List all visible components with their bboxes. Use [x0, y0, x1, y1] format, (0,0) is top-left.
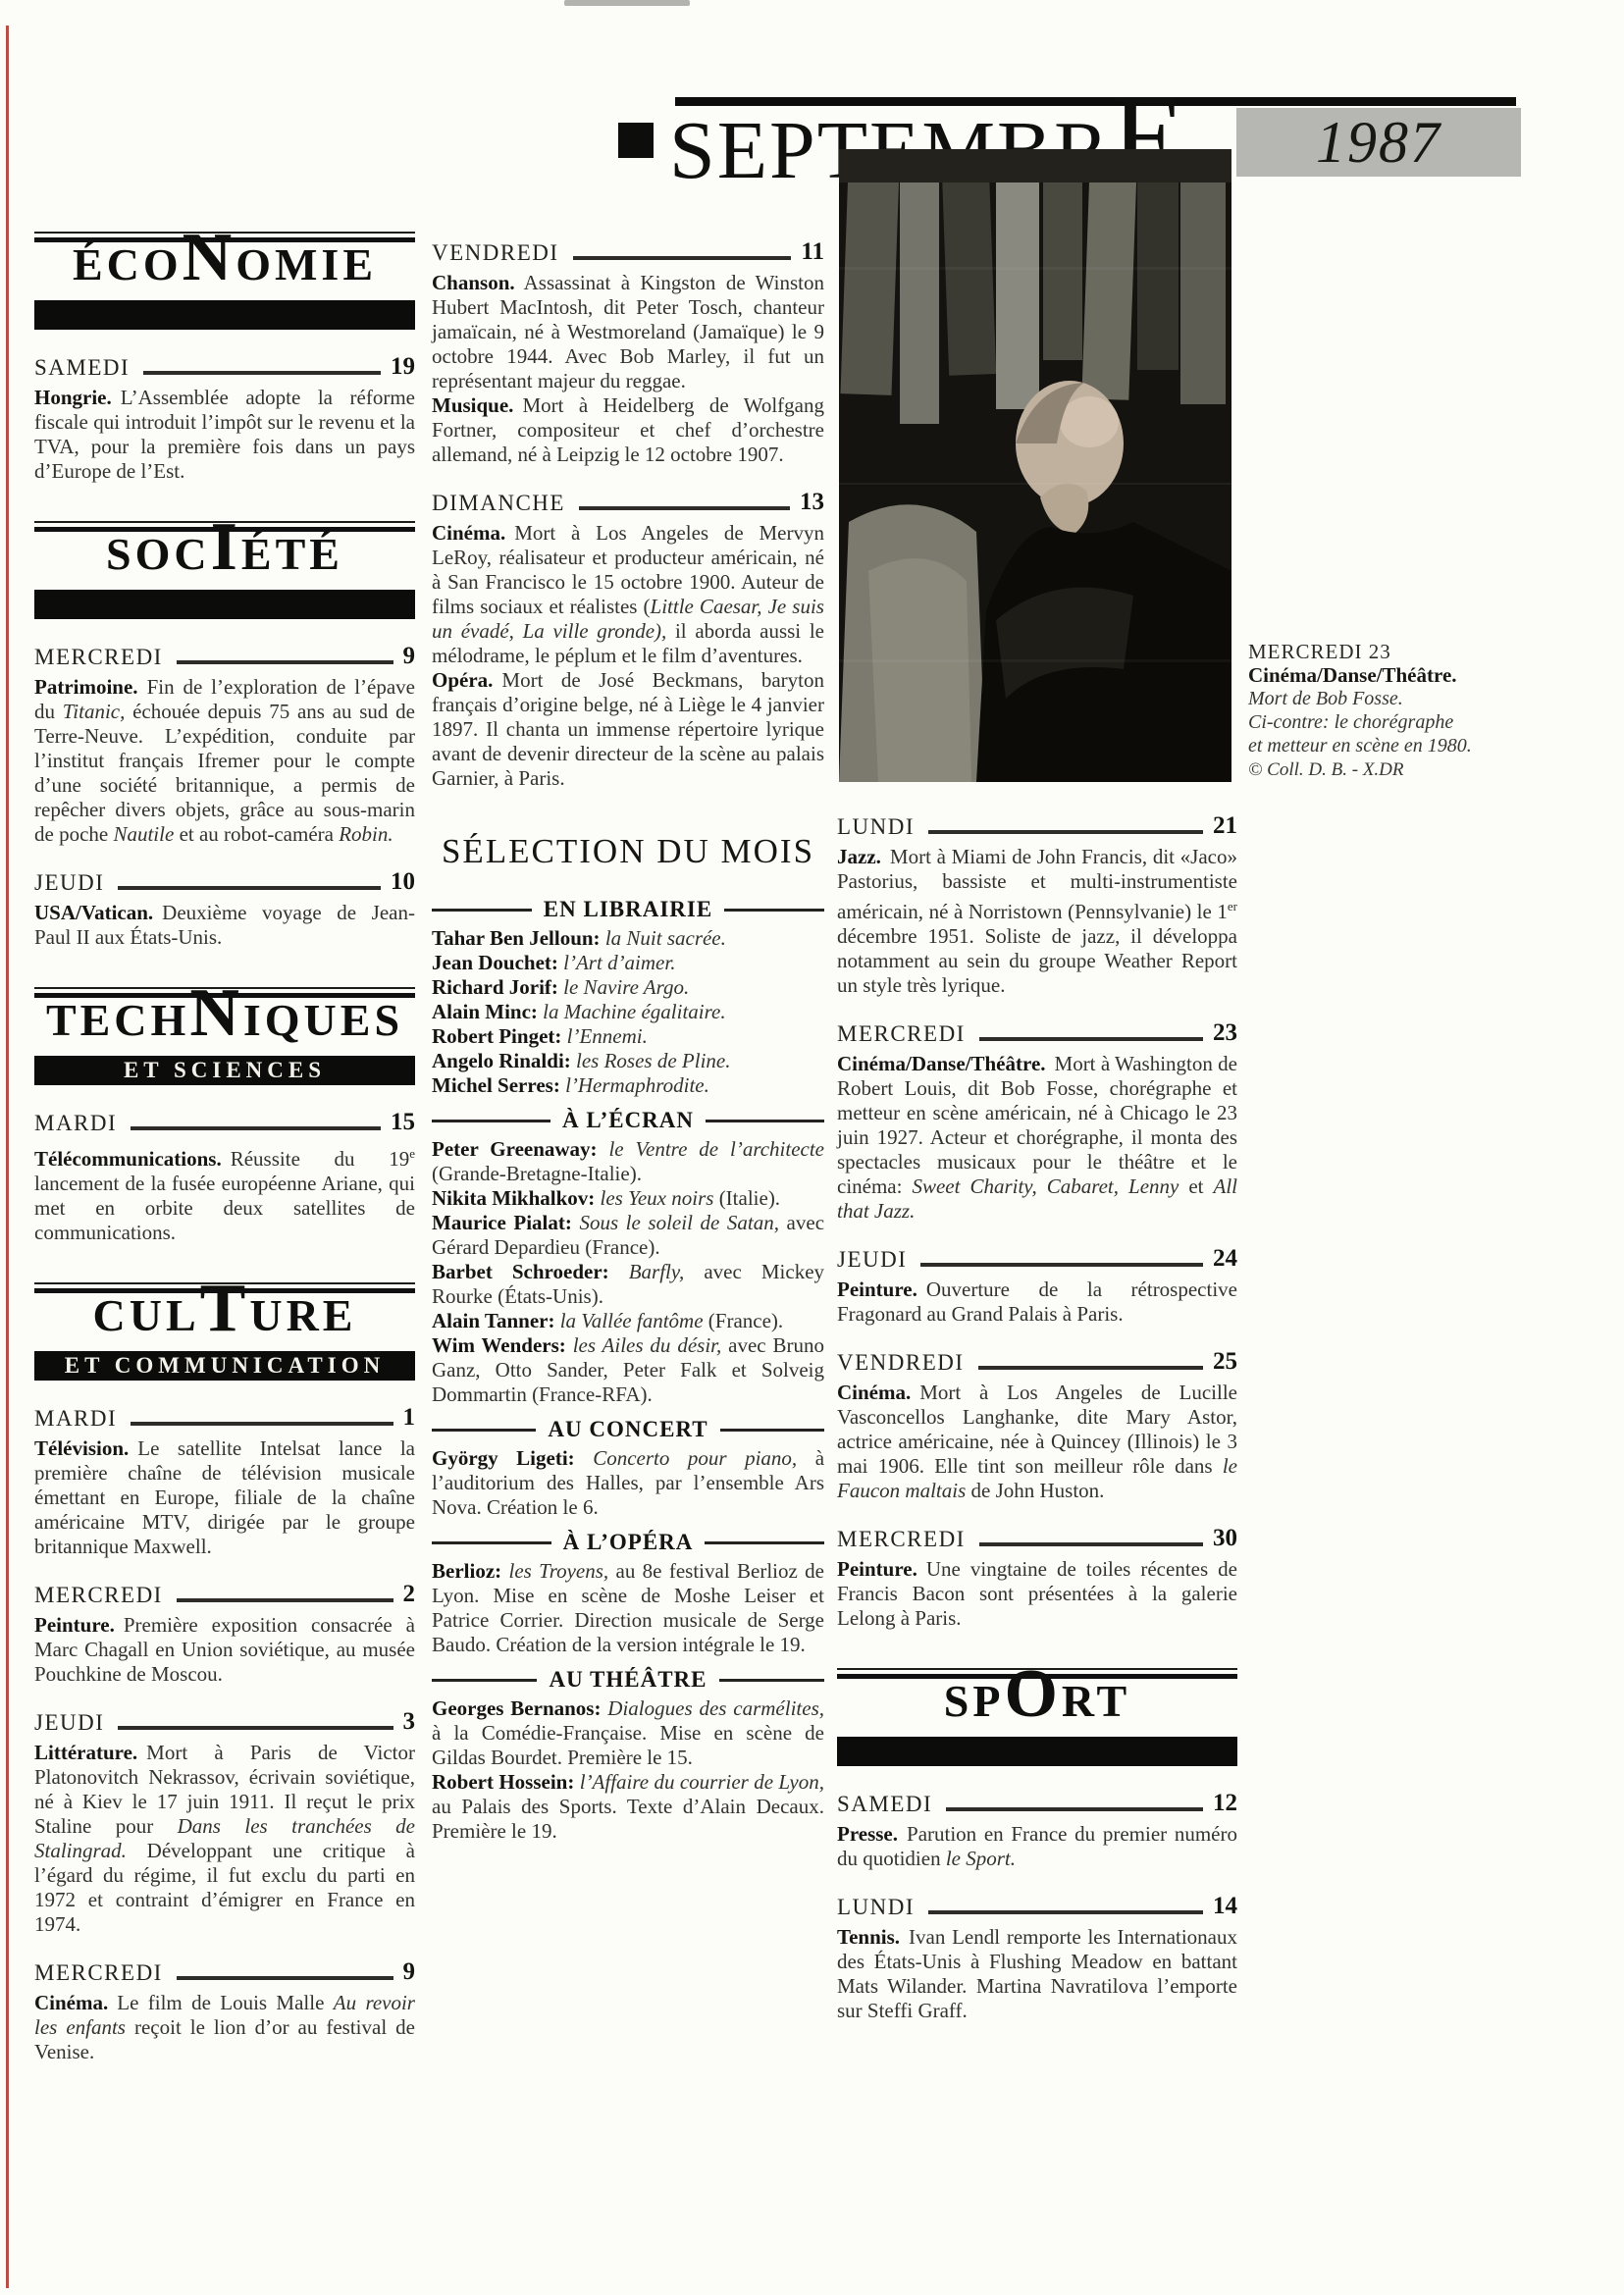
page-edge-fragment — [564, 0, 690, 6]
entry-day-line: MARDI1 — [34, 1404, 415, 1432]
day-number: 13 — [800, 489, 824, 516]
item-author: Michel Serres: — [432, 1073, 560, 1097]
heading-label: AU CONCERT — [548, 1417, 707, 1442]
item-title: les Roses de Pline. — [576, 1049, 730, 1072]
heading-rule-right — [724, 909, 824, 912]
entry-day-line: MERCREDI2 — [34, 1581, 415, 1608]
section-title: ÉCONOMIE — [34, 224, 415, 296]
entry-dimanche-13: DIMANCHE13Cinéma.Mort à Los Angeles de M… — [432, 489, 824, 791]
entry-vendredi-11: VENDREDI11Chanson.Assassinat à Kingston … — [432, 238, 824, 467]
entry-mercredi-23: MERCREDI23Cinéma/Danse/Théâtre.Mort à Wa… — [837, 1019, 1237, 1224]
day-label: MERCREDI — [34, 1960, 163, 1986]
item-author: Alain Tanner: — [432, 1309, 554, 1332]
day-number: 3 — [403, 1708, 416, 1736]
item-author: Robert Pinget: — [432, 1024, 561, 1048]
item-author: Peter Greenaway: — [432, 1137, 598, 1161]
day-label: JEUDI — [837, 1247, 907, 1273]
day-rule — [928, 830, 1203, 834]
section-title: CULTURE — [34, 1275, 415, 1347]
topic-lead: Cinéma. — [432, 521, 505, 545]
selection-item: Barbet Schroeder: Barfly, avec Mickey Ro… — [432, 1260, 824, 1309]
title-pre: SP — [944, 1676, 1005, 1726]
entry-day-line: MERCREDI23 — [837, 1019, 1237, 1047]
topic-lead: Peinture. — [34, 1613, 115, 1637]
day-label: LUNDI — [837, 814, 915, 840]
entry-paragraph: Cinéma.Mort à Los Angeles de Mervyn LeRo… — [432, 521, 824, 668]
section-title: SOCIÉTÉ — [34, 513, 415, 586]
selection-group-heading: À L’OPÉRA — [432, 1530, 824, 1555]
text-segment: Robin. — [339, 822, 393, 846]
item-author: György Ligeti: — [432, 1446, 575, 1470]
title-big-letter: N — [183, 220, 236, 295]
item-title: Barfly, — [629, 1260, 685, 1283]
day-label: DIMANCHE — [432, 491, 565, 516]
day-label: MERCREDI — [837, 1527, 966, 1552]
section-black-bar: ET COMMUNICATION — [34, 1351, 415, 1381]
heading-label: AU THÉÂTRE — [549, 1667, 707, 1693]
entry-mercredi-2: MERCREDI2Peinture.Première exposition co… — [34, 1581, 415, 1687]
selection-item: Berlioz: les Troyens, au 8e festival Ber… — [432, 1559, 824, 1657]
caption-topic: Cinéma/Danse/Théâtre. — [1248, 663, 1495, 687]
title-big-letter: O — [1004, 1656, 1061, 1732]
day-label: VENDREDI — [837, 1350, 965, 1376]
title-pre: SOC — [106, 529, 211, 579]
heading-rule-right — [706, 1120, 824, 1122]
entry-day-line: MERCREDI30 — [837, 1525, 1237, 1552]
text-segment: Mort à Miami de John Francis, dit «Jaco»… — [837, 845, 1237, 923]
topic-lead: Chanson. — [432, 271, 515, 294]
entry-paragraph: Peinture.Une vingtaine de toiles récente… — [837, 1557, 1237, 1631]
day-rule — [131, 1126, 381, 1130]
day-number: 11 — [801, 238, 824, 266]
day-label: MERCREDI — [837, 1021, 966, 1047]
heading-rule-left — [432, 1679, 537, 1682]
caption-line: et metteur en scène en 1980. — [1248, 734, 1495, 757]
item-title: le Navire Argo. — [563, 975, 689, 999]
day-label: LUNDI — [837, 1895, 915, 1920]
entry-paragraph: Chanson.Assassinat à Kingston de Winston… — [432, 271, 824, 393]
day-label: MARDI — [34, 1111, 117, 1136]
title-big-letter: N — [189, 975, 243, 1051]
photo-illustration — [839, 149, 1231, 782]
text-segment: et au robot-caméra — [174, 822, 339, 846]
selection-group-heading: EN LIBRAIRIE — [432, 897, 824, 922]
selection-group-a-l-ecran: À L’ÉCRANPeter Greenaway: le Ventre de l… — [432, 1108, 824, 1407]
entry-day-line: MERCREDI9 — [34, 643, 415, 670]
day-rule — [920, 1263, 1203, 1267]
item-detail: au Palais des Sports. Texte d’Alain Deca… — [432, 1795, 824, 1843]
day-rule — [573, 256, 792, 260]
selection-item: Jean Douchet: l’Art d’aimer. — [432, 951, 824, 975]
topic-lead: Télécommunications. — [34, 1147, 222, 1171]
entry-paragraph: Cinéma/Danse/Théâtre.Mort à Washington d… — [837, 1052, 1237, 1224]
topic-lead: Peinture. — [837, 1278, 917, 1301]
entry-samedi-12: SAMEDI12Presse.Parution en France du pre… — [837, 1790, 1237, 1871]
section-header-ecoomie: ÉCONOMIE — [34, 224, 415, 330]
entry-day-line: JEUDI3 — [34, 1708, 415, 1736]
entry-lundi-14: LUNDI14Tennis.Ivan Lendl remporte les In… — [837, 1893, 1237, 2023]
topic-lead: Hongrie. — [34, 386, 112, 409]
text-segment: Titanic, — [63, 700, 126, 723]
heading-label: À L’OPÉRA — [563, 1530, 694, 1555]
text-segment: lancement de la fusée européenne Ariane,… — [34, 1172, 415, 1244]
day-rule — [979, 1037, 1203, 1041]
scan-edge-red-line — [6, 26, 9, 2288]
day-label: MARDI — [34, 1406, 117, 1432]
topic-lead: Patrimoine. — [34, 675, 138, 699]
day-number: 1 — [403, 1404, 416, 1432]
entry-paragraph: Cinéma.Le film de Louis Malle Au revoir … — [34, 1991, 415, 2064]
item-author: Richard Jorif: — [432, 975, 558, 999]
item-author: Jean Douchet: — [432, 951, 558, 974]
text-segment: de John Huston. — [966, 1479, 1104, 1502]
entry-mercredi-30: MERCREDI30Peinture.Une vingtaine de toil… — [837, 1525, 1237, 1631]
day-number: 19 — [391, 353, 415, 381]
day-number: 10 — [391, 868, 415, 896]
topic-lead: Littérature. — [34, 1741, 137, 1764]
caption-date: MERCREDI 23 — [1248, 640, 1495, 663]
selection-item: Alain Minc: la Machine égalitaire. — [432, 1000, 824, 1024]
text-segment: Le film de Louis Malle — [117, 1991, 334, 2014]
entry-day-line: JEUDI24 — [837, 1245, 1237, 1273]
item-title: Concerto pour piano, — [593, 1446, 797, 1470]
entry-mardi-1: MARDI1Télévision.Le satellite Intelsat l… — [34, 1404, 415, 1559]
heading-rule-left — [432, 1120, 550, 1122]
entry-paragraph: Littérature.Mort à Paris de Victor Plato… — [34, 1741, 415, 1937]
section-title: SPORT — [837, 1660, 1237, 1733]
entry-paragraph: Opéra.Mort de José Beckmans, baryton fra… — [432, 668, 824, 791]
selection-title: SÉLECTION DU MOIS — [432, 832, 824, 871]
day-number: 12 — [1213, 1790, 1237, 1817]
topic-lead: Cinéma/Danse/Théâtre. — [837, 1052, 1046, 1075]
entry-day-line: MERCREDI9 — [34, 1958, 415, 1986]
day-rule — [177, 1598, 393, 1602]
heading-rule-right — [719, 1679, 824, 1682]
day-rule — [946, 1807, 1203, 1811]
entry-paragraph: Peinture.Ouverture de la rétrospective F… — [837, 1278, 1237, 1327]
topic-lead: Peinture. — [837, 1557, 917, 1581]
bob-fosse-photo — [839, 149, 1231, 782]
entry-day-line: JEUDI10 — [34, 868, 415, 896]
text-segment: Sweet Charity, Cabaret, Lenny — [912, 1174, 1179, 1198]
topic-lead: Jazz. — [837, 845, 881, 868]
day-rule — [177, 660, 393, 664]
section-black-bar — [34, 590, 415, 619]
day-label: SAMEDI — [837, 1792, 932, 1817]
left-column: ÉCONOMIESAMEDI19Hongrie.L’Assemblée adop… — [34, 224, 415, 2086]
section-black-bar: ET SCIENCES — [34, 1056, 415, 1085]
item-title: l’Art d’aimer. — [563, 951, 675, 974]
day-label: JEUDI — [34, 870, 104, 896]
entry-day-line: SAMEDI19 — [34, 353, 415, 381]
heading-label: À L’ÉCRAN — [562, 1108, 694, 1133]
item-detail: (Grande-Bretagne-Italie). — [432, 1162, 642, 1185]
right-column: LUNDI21Jazz.Mort à Miami de John Francis… — [837, 812, 1237, 2045]
day-number: 9 — [403, 643, 416, 670]
selection-item: Nikita Mikhalkov: les Yeux noirs (Italie… — [432, 1186, 824, 1211]
entry-paragraph: Télévision.Le satellite Intelsat lance l… — [34, 1436, 415, 1559]
selection-item: Tahar Ben Jelloun: la Nuit sacrée. — [432, 926, 824, 951]
selection-item: Alain Tanner: la Vallée fantôme (France)… — [432, 1309, 824, 1333]
caption-line: Mort de Bob Fosse. — [1248, 687, 1495, 710]
title-pre: TECH — [46, 995, 189, 1045]
text-segment: et — [1179, 1174, 1213, 1198]
entry-day-line: SAMEDI12 — [837, 1790, 1237, 1817]
day-rule — [118, 886, 381, 890]
selection-group-heading: AU CONCERT — [432, 1417, 824, 1442]
item-title: Dialogues des carmélites, — [607, 1696, 824, 1720]
selection-item: Angelo Rinaldi: les Roses de Pline. — [432, 1049, 824, 1073]
day-number: 30 — [1213, 1525, 1237, 1552]
heading-rule-left — [432, 909, 532, 912]
topic-lead: Musique. — [432, 393, 513, 417]
masthead-year: 1987 — [1316, 109, 1441, 177]
item-title: la Machine égalitaire. — [543, 1000, 725, 1023]
item-author: Georges Bernanos: — [432, 1696, 601, 1720]
item-author: Berlioz: — [432, 1559, 501, 1583]
entry-samedi-19: SAMEDI19Hongrie.L’Assemblée adopte la ré… — [34, 353, 415, 484]
item-title: l’Hermaphrodite. — [565, 1073, 709, 1097]
day-number: 15 — [391, 1109, 415, 1136]
entry-paragraph: Cinéma.Mort à Los Angeles de Lucille Vas… — [837, 1381, 1237, 1503]
title-post: IQUES — [243, 995, 403, 1045]
selection-group-heading: À L’ÉCRAN — [432, 1108, 824, 1133]
text-segment: décembre 1951. Soliste de jazz, il dével… — [837, 924, 1237, 997]
item-detail: à la Comédie-Française. Mise en scène de… — [432, 1721, 824, 1769]
heading-rule-right — [720, 1429, 824, 1432]
section-black-bar — [837, 1737, 1237, 1766]
entry-mercredi-9: MERCREDI9Patrimoine.Fin de l’exploration… — [34, 643, 415, 847]
topic-lead: USA/Vatican. — [34, 901, 153, 924]
masthead-year-box: 1987 — [1236, 108, 1521, 177]
entry-day-line: LUNDI21 — [837, 812, 1237, 840]
day-rule — [579, 506, 790, 510]
photo-caption: MERCREDI 23 Cinéma/Danse/Théâtre. Mort d… — [1248, 640, 1495, 782]
selection-item: Robert Pinget: l’Ennemi. — [432, 1024, 824, 1049]
item-author: Wim Wenders: — [432, 1333, 566, 1357]
section-header-sprt: SPORT — [837, 1660, 1237, 1766]
selection-item: Michel Serres: l’Hermaphrodite. — [432, 1073, 824, 1098]
day-rule — [928, 1910, 1203, 1914]
entry-paragraph: Peinture.Première exposition consacrée à… — [34, 1613, 415, 1687]
selection-group-au-concert: AU CONCERTGyörgy Ligeti: Concerto pour p… — [432, 1417, 824, 1520]
text-segment: er — [1228, 899, 1237, 913]
entry-paragraph: Presse.Parution en France du premier num… — [837, 1822, 1237, 1871]
entry-mardi-15: MARDI15Télécommunications.Réussite du 19… — [34, 1109, 415, 1245]
entry-paragraph: Télécommunications.Réussite du 19e lance… — [34, 1141, 415, 1245]
entry-paragraph: Tennis.Ivan Lendl remporte les Internati… — [837, 1925, 1237, 2023]
selection-item: Maurice Pialat: Sous le soleil de Satan,… — [432, 1211, 824, 1260]
text-segment: Nautile — [113, 822, 174, 846]
day-label: VENDREDI — [432, 240, 559, 266]
item-title: les Yeux noirs — [601, 1186, 714, 1210]
section-header-culure: CULTUREET COMMUNICATION — [34, 1275, 415, 1381]
selection-group-heading: AU THÉÂTRE — [432, 1667, 824, 1693]
day-label: SAMEDI — [34, 355, 130, 381]
item-author: Alain Minc: — [432, 1000, 538, 1023]
heading-rule-right — [705, 1541, 824, 1544]
item-title: la Vallée fantôme — [560, 1309, 704, 1332]
topic-lead: Opéra. — [432, 668, 493, 692]
black-square-icon — [618, 123, 654, 158]
item-detail: (France). — [708, 1309, 783, 1332]
day-rule — [118, 1726, 393, 1730]
entry-lundi-21: LUNDI21Jazz.Mort à Miami de John Francis… — [837, 812, 1237, 998]
magazine-page: SEPTEMBRE 1987 — [0, 0, 1624, 2295]
selection-item: Richard Jorif: le Navire Argo. — [432, 975, 824, 1000]
entry-paragraph: USA/Vatican.Deuxième voyage de Jean-Paul… — [34, 901, 415, 950]
text-segment: e — [409, 1146, 415, 1161]
selection-group-a-l-opera: À L’OPÉRABerlioz: les Troyens, au 8e fes… — [432, 1530, 824, 1657]
day-rule — [177, 1976, 393, 1980]
day-rule — [979, 1542, 1203, 1546]
item-author: Tahar Ben Jelloun: — [432, 926, 601, 950]
selection-du-mois: SÉLECTION DU MOISEN LIBRAIRIETahar Ben J… — [432, 832, 824, 1844]
item-detail: (Italie). — [719, 1186, 780, 1210]
entry-day-line: DIMANCHE13 — [432, 489, 824, 516]
entry-jeudi-24: JEUDI24Peinture.Ouverture de la rétrospe… — [837, 1245, 1237, 1327]
title-post: URE — [249, 1290, 356, 1340]
item-title: le Ventre de l’architecte — [608, 1137, 824, 1161]
text-segment: le Sport. — [946, 1847, 1016, 1870]
item-title: l’Affaire du courrier de Lyon, — [580, 1770, 824, 1794]
day-number: 25 — [1213, 1348, 1237, 1376]
section-header-techiques: TECHNIQUESET SCIENCES — [34, 979, 415, 1085]
item-title: les Ailes du désir, — [573, 1333, 722, 1357]
day-number: 9 — [403, 1958, 416, 1986]
entry-vendredi-25: VENDREDI25Cinéma.Mort à Los Angeles de L… — [837, 1348, 1237, 1503]
day-number: 21 — [1213, 812, 1237, 840]
section-black-bar — [34, 300, 415, 330]
selection-item: Wim Wenders: les Ailes du désir, avec Br… — [432, 1333, 824, 1407]
item-author: Nikita Mikhalkov: — [432, 1186, 595, 1210]
selection-item: György Ligeti: Concerto pour piano, à l’… — [432, 1446, 824, 1520]
text-segment: Réussite du 19 — [231, 1147, 409, 1171]
caption-credit: © Coll. D. B. - X.DR — [1248, 758, 1495, 782]
title-big-letter: I — [211, 509, 241, 585]
selection-item: Peter Greenaway: le Ventre de l’architec… — [432, 1137, 824, 1186]
entry-mercredi-9: MERCREDI9Cinéma.Le film de Louis Malle A… — [34, 1958, 415, 2064]
heading-rule-left — [432, 1541, 551, 1544]
day-number: 14 — [1213, 1893, 1237, 1920]
selection-item: Robert Hossein: l’Affaire du courrier de… — [432, 1770, 824, 1844]
title-post: RT — [1062, 1676, 1130, 1726]
topic-lead: Tennis. — [837, 1925, 900, 1949]
entry-day-line: LUNDI14 — [837, 1893, 1237, 1920]
day-label: MERCREDI — [34, 1583, 163, 1608]
entry-paragraph: Musique.Mort à Heidelberg de Wolfgang Fo… — [432, 393, 824, 467]
topic-lead: Cinéma. — [34, 1991, 108, 2014]
middle-column: VENDREDI11Chanson.Assassinat à Kingston … — [432, 238, 824, 1850]
title-pre: ÉCO — [73, 239, 183, 289]
selection-item: Georges Bernanos: Dialogues des carmélit… — [432, 1696, 824, 1770]
section-header-socete: SOCIÉTÉ — [34, 513, 415, 619]
title-post: ÉTÉ — [241, 529, 343, 579]
caption-line: Ci-contre: le chorégraphe — [1248, 710, 1495, 734]
topic-lead: Presse. — [837, 1822, 898, 1846]
entry-day-line: MARDI15 — [34, 1109, 415, 1136]
entry-paragraph: Jazz.Mort à Miami de John Francis, dit «… — [837, 845, 1237, 998]
day-rule — [978, 1366, 1203, 1370]
heading-rule-left — [432, 1429, 536, 1432]
entry-paragraph: Hongrie.L’Assemblée adopte la réforme fi… — [34, 386, 415, 484]
heading-label: EN LIBRAIRIE — [544, 897, 712, 922]
topic-lead: Cinéma. — [837, 1381, 911, 1404]
item-author: Robert Hossein: — [432, 1770, 574, 1794]
day-rule — [131, 1422, 393, 1426]
selection-group-au-theatre: AU THÉÂTREGeorges Bernanos: Dialogues de… — [432, 1667, 824, 1844]
section-title: TECHNIQUES — [34, 979, 415, 1052]
item-title: l’Ennemi. — [567, 1024, 648, 1048]
item-title: Sous le soleil de Satan, — [579, 1211, 779, 1234]
title-post: OMIE — [236, 239, 377, 289]
entry-paragraph: Patrimoine.Fin de l’exploration de l’épa… — [34, 675, 415, 847]
title-big-letter: T — [200, 1271, 250, 1346]
entry-jeudi-10: JEUDI10USA/Vatican.Deuxième voyage de Je… — [34, 868, 415, 950]
day-number: 23 — [1213, 1019, 1237, 1047]
item-title: la Nuit sacrée. — [605, 926, 726, 950]
topic-lead: Télévision. — [34, 1436, 129, 1460]
day-number: 2 — [403, 1581, 416, 1608]
day-label: MERCREDI — [34, 645, 163, 670]
day-rule — [143, 371, 381, 375]
entry-jeudi-3: JEUDI3Littérature.Mort à Paris de Victor… — [34, 1708, 415, 1937]
item-author: Barbet Schroeder: — [432, 1260, 609, 1283]
day-number: 24 — [1213, 1245, 1237, 1273]
entry-day-line: VENDREDI25 — [837, 1348, 1237, 1376]
title-pre: CUL — [93, 1290, 200, 1340]
item-author: Angelo Rinaldi: — [432, 1049, 571, 1072]
entry-day-line: VENDREDI11 — [432, 238, 824, 266]
day-label: JEUDI — [34, 1710, 104, 1736]
item-author: Maurice Pialat: — [432, 1211, 572, 1234]
selection-group-en-librairie: EN LIBRAIRIETahar Ben Jelloun: la Nuit s… — [432, 897, 824, 1098]
item-title: les Troyens, — [509, 1559, 609, 1583]
